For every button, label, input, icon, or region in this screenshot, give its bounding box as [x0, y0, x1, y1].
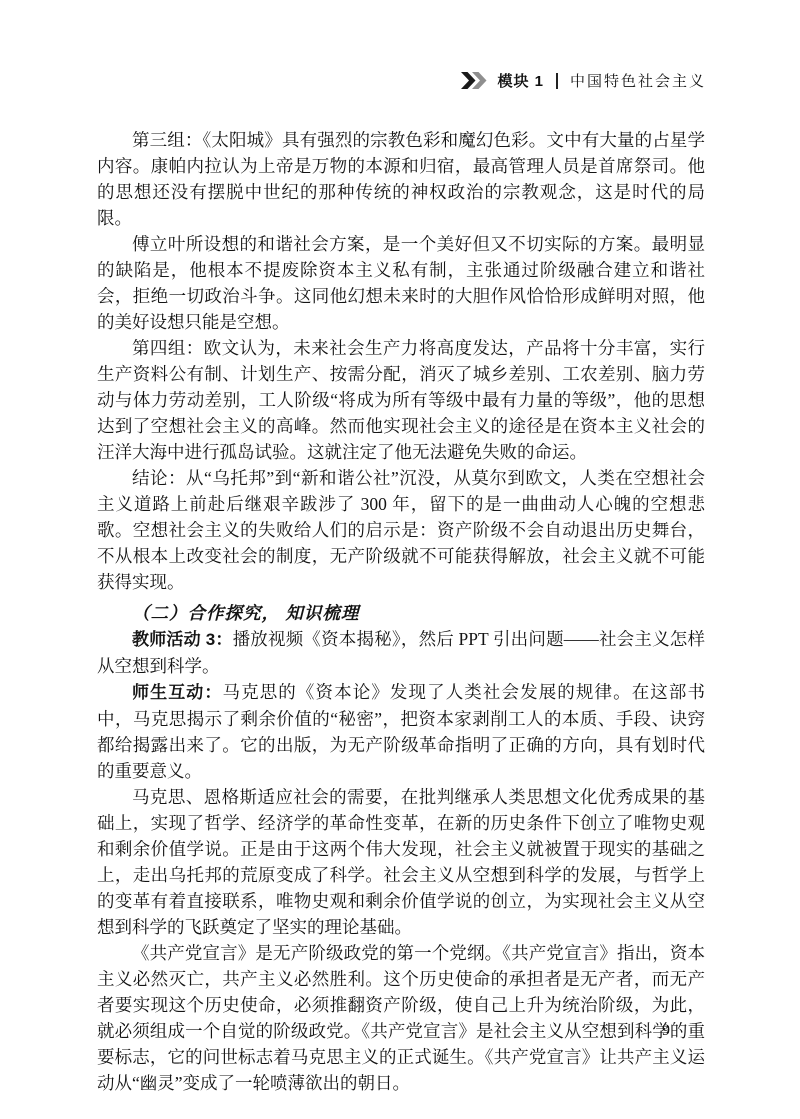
document-page: 模块 1 中国特色社会主义 第三组：《太阳城》具有强烈的宗教色彩和魔幻色彩。文中… — [0, 0, 800, 1119]
paragraph-teacher-student-interaction: 师生互动：马克思的《资本论》发现了人类社会发展的规律。在这部书中，马克思揭示了剩… — [97, 679, 705, 784]
page-body: 第三组：《太阳城》具有强烈的宗教色彩和魔幻色彩。文中有大量的占星学内容。康帕内拉… — [97, 127, 705, 1096]
header-divider — [556, 73, 558, 89]
double-chevron-right-icon — [461, 72, 488, 89]
paragraph-communist-manifesto: 《共产党宣言》是无产阶级政党的第一个党纲。《共产党宣言》指出，资本主义必然灭亡，… — [97, 940, 705, 1096]
paragraph-conclusion: 结论：从“乌托邦”到“新和谐公社”沉没，从莫尔到欧文，人类在空想社会主义道路上前… — [97, 465, 705, 595]
module-label: 模块 1 — [497, 70, 544, 91]
page-number: 9 — [662, 1022, 670, 1040]
paragraph-fourier: 傅立叶所设想的和谐社会方案，是一个美好但又不切实际的方案。最明显的缺陷是，他根本… — [97, 231, 705, 335]
paragraph-marx-engels: 马克思、恩格斯适应社会的需要，在批判继承人类思想文化优秀成果的基础上，实现了哲学… — [97, 784, 705, 940]
module-title: 中国特色社会主义 — [570, 70, 706, 91]
interaction-lead: 师生互动： — [132, 683, 223, 702]
paragraph-group3: 第三组：《太阳城》具有强烈的宗教色彩和魔幻色彩。文中有大量的占星学内容。康帕内拉… — [97, 127, 705, 231]
paragraph-teacher-activity-3: 教师活动 3：播放视频《资本揭秘》，然后 PPT 引出问题——社会主义怎样从空想… — [97, 626, 705, 679]
paragraph-group4: 第四组：欧文认为，未来社会生产力将高度发达，产品将十分丰富，实行生产资料公有制、… — [97, 335, 705, 465]
running-header: 模块 1 中国特色社会主义 — [461, 70, 706, 91]
teacher-activity-lead: 教师活动 3： — [132, 630, 233, 649]
section-heading-cooperative-exploration: （二）合作探究， 知识梳理 — [97, 600, 705, 626]
